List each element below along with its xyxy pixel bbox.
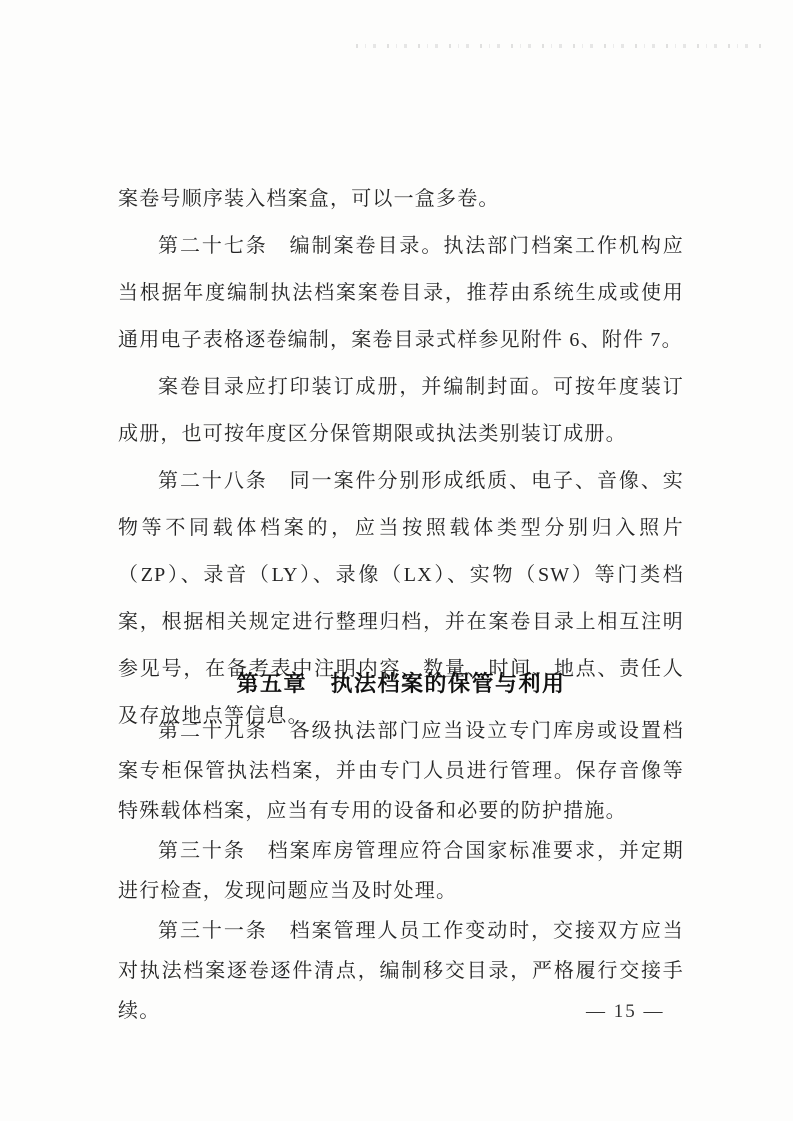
paragraph-article-29: 第二十九条 各级执法部门应当设立专门库房或设置档案专柜保管执法档案，并由专门人员… (118, 711, 684, 831)
page-number: — 15 — (586, 1000, 665, 1024)
body-text-lower: 第二十九条 各级执法部门应当设立专门库房或设置档案专柜保管执法档案，并由专门人员… (118, 711, 684, 1031)
chapter-heading: 第五章 执法档案的保管与利用 (118, 666, 684, 702)
scan-artifact (356, 44, 768, 48)
paragraph-continuation: 案卷号顺序装入档案盒，可以一盒多卷。 (118, 176, 684, 223)
paragraph-catalog-binding: 案卷目录应打印装订成册，并编制封面。可按年度装订成册，也可按年度区分保管期限或执… (118, 364, 684, 458)
paragraph-article-30: 第三十条 档案库房管理应符合国家标准要求，并定期进行检查，发现问题应当及时处理。 (118, 831, 684, 911)
scanned-document-page: 案卷号顺序装入档案盒，可以一盒多卷。 第二十七条 编制案卷目录。执法部门档案工作… (0, 0, 793, 1121)
paragraph-article-27: 第二十七条 编制案卷目录。执法部门档案工作机构应当根据年度编制执法档案案卷目录，… (118, 223, 684, 364)
body-text-upper: 案卷号顺序装入档案盒，可以一盒多卷。 第二十七条 编制案卷目录。执法部门档案工作… (118, 176, 684, 740)
